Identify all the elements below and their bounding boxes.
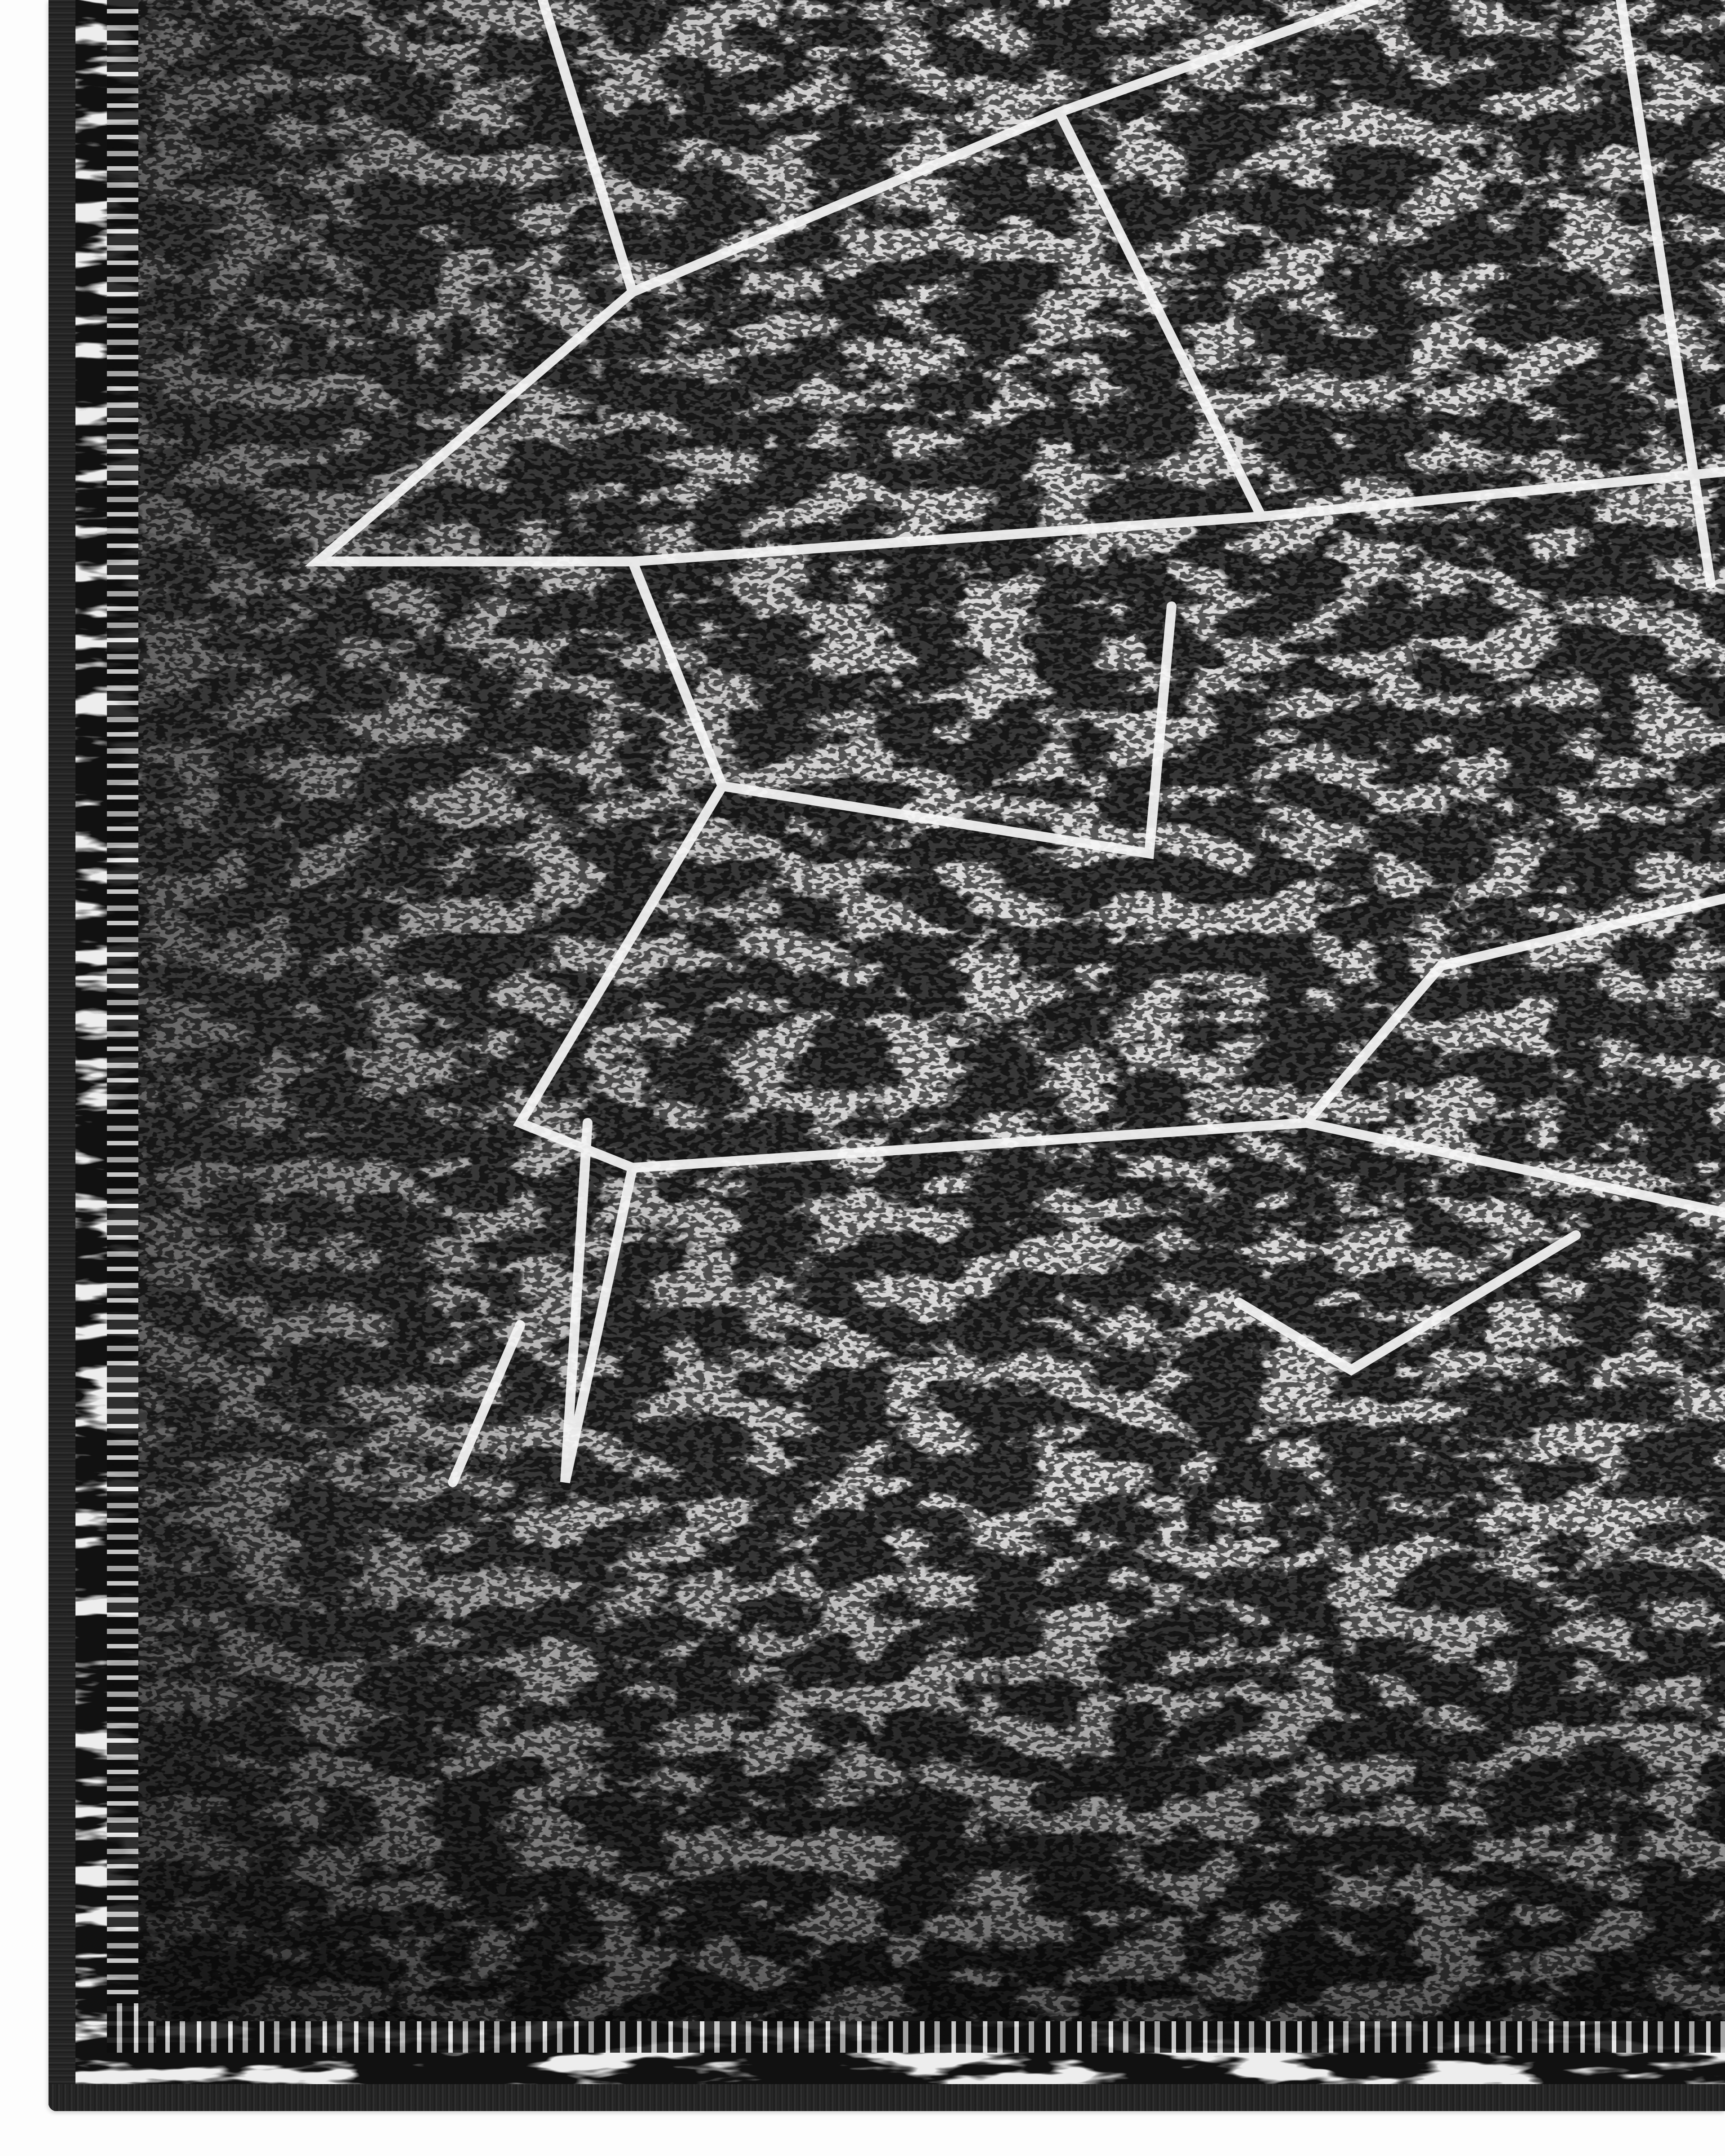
rug-binding-left-edge [49, 0, 75, 2111]
rug-field-pattern [138, 0, 1725, 2021]
rug [49, 0, 1725, 2111]
photo-scene [0, 0, 1725, 2156]
field-distressed-texture [138, 0, 1725, 2021]
rug-binding-bottom-edge [49, 2084, 1725, 2111]
